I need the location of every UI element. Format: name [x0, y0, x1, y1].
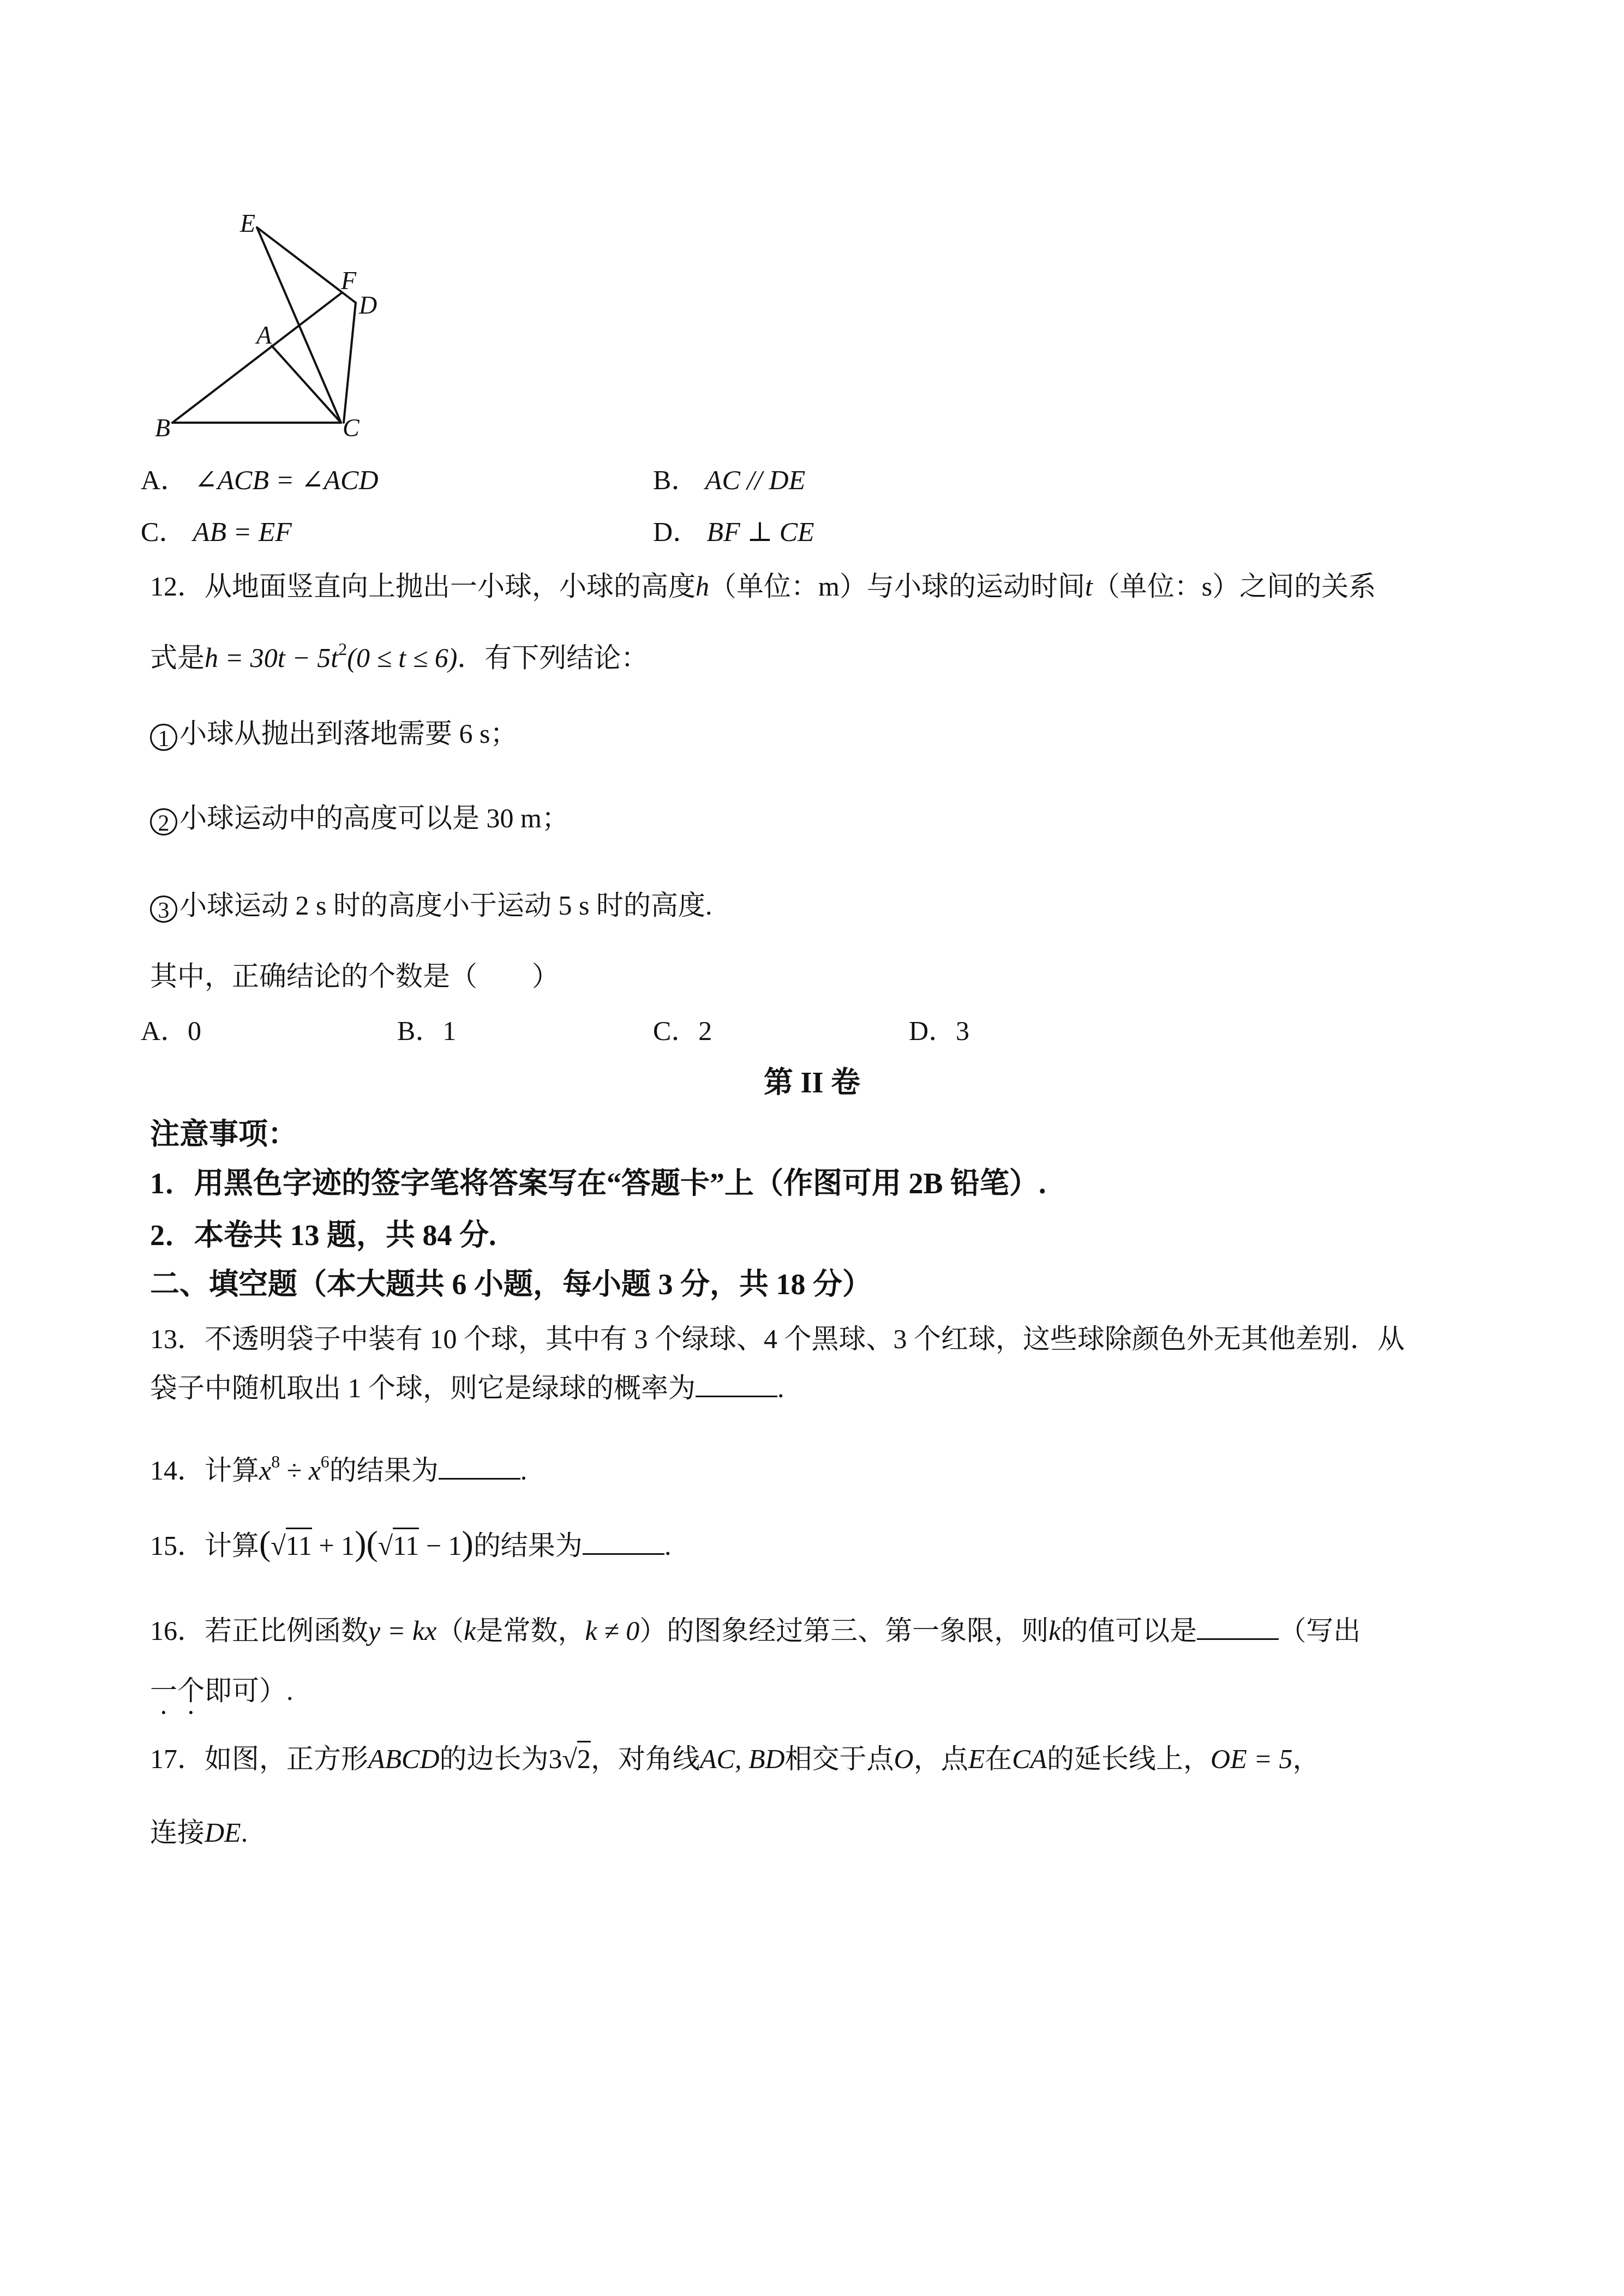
q12-statement-2: 2小球运动中的高度可以是 30 m；	[150, 801, 569, 836]
label-d: D	[358, 291, 377, 319]
point-o: O	[894, 1744, 914, 1774]
label-e: E	[239, 209, 255, 237]
segment-ac	[272, 346, 341, 423]
paren-open: (	[259, 1524, 271, 1562]
sqrt-symbol: √	[271, 1530, 285, 1561]
text: 相交于点	[785, 1744, 894, 1774]
point-e: E	[968, 1744, 985, 1774]
domain: (0 ≤ t ≤ 6)	[347, 642, 457, 673]
statement-text: 小球从抛出到落地需要 6 s；	[179, 718, 517, 749]
q13-line2: 袋子中随机取出 1 个球，则它是绿球的概率为.	[150, 1371, 784, 1405]
part2-title: 第 II 卷	[0, 1065, 1624, 1100]
text: 的边长为	[440, 1744, 549, 1774]
text: （单位：m）与小球的运动时间	[709, 571, 1085, 602]
option-label: C．	[653, 1015, 698, 1046]
option-label: C．	[141, 516, 186, 547]
label-c: C	[343, 414, 360, 442]
text: 连接	[150, 1817, 205, 1848]
text: .	[241, 1817, 248, 1848]
text: （单位：s）之间的关系	[1093, 571, 1376, 602]
label-f: F	[340, 267, 357, 294]
text: ．有下列结论：	[457, 642, 648, 673]
text: 袋子中随机取出 1 个球，则它是绿球的概率为	[150, 1373, 696, 1403]
diagonals: AC, BD	[700, 1744, 785, 1774]
q12-option-c[interactable]: C．2	[653, 1013, 712, 1048]
emphasized-text: 一个	[150, 1675, 205, 1706]
segment-ca: CA	[1012, 1744, 1047, 1774]
q11-option-c[interactable]: C． AB = EF	[141, 514, 292, 549]
notice-item-2: 2．本卷共 13 题，共 84 分.	[150, 1218, 496, 1253]
q12-line2: 式是h = 30t − 5t2(0 ≤ t ≤ 6)．有下列结论：	[150, 632, 648, 675]
radicand: 11	[393, 1528, 419, 1561]
option-value: 1	[442, 1015, 456, 1046]
q16-line1: 16．若正比例函数y = kx（k是常数，k ≠ 0）的图象经过第三、第一象限，…	[150, 1613, 1361, 1648]
triangle-diagram: E F D A B C	[136, 191, 398, 447]
text: .	[777, 1373, 784, 1403]
var-x: x	[309, 1455, 321, 1486]
text: 14．计算	[150, 1455, 259, 1486]
circled-number-icon: 3	[150, 895, 177, 923]
question-number: 12．	[150, 571, 205, 602]
text: 的值可以是	[1060, 1615, 1197, 1646]
segment-bf	[172, 293, 341, 423]
text: 15．计算	[150, 1530, 259, 1561]
answer-blank[interactable]	[439, 1456, 520, 1480]
exponent: 8	[271, 1452, 280, 1471]
notice-heading: 注意事项：	[150, 1117, 297, 1152]
q12-option-d[interactable]: D．3	[909, 1013, 969, 1048]
option-label: B．	[653, 465, 698, 495]
answer-blank[interactable]	[1197, 1616, 1279, 1640]
text: .	[664, 1530, 672, 1561]
oe-length: OE = 5	[1210, 1744, 1292, 1774]
q12-question: 其中，正确结论的个数是（ ）	[150, 959, 559, 994]
condition: k ≠ 0	[585, 1615, 640, 1646]
exponent: 6	[321, 1452, 329, 1471]
operator: ÷	[280, 1455, 308, 1486]
option-label: A．	[141, 465, 188, 495]
q15: 15．计算(√11 + 1)(√11 − 1)的结果为.	[150, 1526, 671, 1563]
q12-statement-1: 1小球从抛出到落地需要 6 s；	[150, 716, 517, 751]
paren-close: )	[462, 1524, 474, 1562]
answer-blank[interactable]	[696, 1374, 777, 1397]
geometry-figure: E F D A B C	[136, 191, 398, 450]
text: ，	[1293, 1744, 1320, 1774]
text: 17．如图，正方形	[150, 1744, 368, 1774]
text: （	[436, 1615, 464, 1646]
statement-text: 小球运动中的高度可以是 30 m；	[179, 803, 569, 833]
var-k: k	[1048, 1615, 1060, 1646]
q12-option-b[interactable]: B．1	[397, 1013, 456, 1048]
option-value: 3	[956, 1015, 969, 1046]
q12-line1: 12．从地面竖直向上抛出一小球，小球的高度h（单位：m）与小球的运动时间t（单位…	[150, 569, 1376, 604]
option-text: AB = EF	[193, 516, 292, 547]
coefficient: 3	[549, 1744, 562, 1774]
text: .	[520, 1455, 528, 1486]
option-text: ∠ACB = ∠ACD	[195, 465, 379, 495]
q11-option-b[interactable]: B． AC // DE	[653, 462, 805, 497]
segment-dc	[344, 303, 356, 423]
statement-text: 小球运动 2 s 时的高度小于运动 5 s 时的高度.	[179, 890, 712, 921]
option-label: D．	[653, 516, 700, 547]
section-heading-fill-blank: 二、填空题（本大题共 6 小题，每小题 3 分，共 18 分）	[150, 1267, 872, 1302]
text: 在	[985, 1744, 1012, 1774]
var-h: h	[696, 571, 709, 602]
text: 的结果为	[474, 1530, 583, 1561]
text: − 1	[419, 1530, 462, 1561]
text: 是常数，	[476, 1615, 585, 1646]
circled-number-icon: 2	[150, 808, 177, 836]
q17-line2: 连接DE.	[150, 1815, 248, 1850]
text: ，对角线	[591, 1744, 700, 1774]
q13-line1: 13．不透明袋子中装有 10 个球，其中有 3 个绿球、4 个黑球、3 个红球，…	[150, 1321, 1405, 1356]
sqrt-symbol: √	[378, 1530, 393, 1561]
label-a: A	[255, 321, 272, 349]
text: ，点	[914, 1744, 968, 1774]
q17-line1: 17．如图，正方形ABCD的边长为3√2，对角线AC, BD相交于点O，点E在C…	[150, 1741, 1320, 1776]
option-label: B．	[397, 1015, 442, 1046]
function: y = kx	[368, 1615, 436, 1646]
text: 16．若正比例函数	[150, 1615, 368, 1646]
var-x: x	[259, 1455, 271, 1486]
radicand: 2	[577, 1741, 591, 1774]
text: + 1	[312, 1530, 355, 1561]
option-text: BF ⊥ CE	[707, 516, 814, 547]
q11-option-d[interactable]: D． BF ⊥ CE	[653, 514, 814, 549]
segment-de: DE	[205, 1817, 241, 1848]
text: 式是	[150, 642, 205, 673]
option-value: 0	[188, 1015, 201, 1046]
circled-number-icon: 1	[150, 724, 177, 751]
formula: h = 30t − 5t	[205, 642, 338, 673]
text: 从地面竖直向上抛出一小球，小球的高度	[205, 571, 696, 602]
option-label: A．	[141, 1015, 188, 1046]
answer-blank[interactable]	[583, 1531, 664, 1555]
text: （写出	[1279, 1615, 1361, 1646]
option-label: D．	[909, 1015, 956, 1046]
q11-option-a[interactable]: A． ∠ACB = ∠ACD	[141, 462, 379, 497]
text: 的延长线上，	[1047, 1744, 1210, 1774]
square-name: ABCD	[368, 1744, 440, 1774]
radicand: 11	[286, 1528, 312, 1561]
text: ）的图象经过第三、第一象限，则	[639, 1615, 1048, 1646]
exponent: 2	[338, 639, 347, 659]
var-k: k	[464, 1615, 476, 1646]
text: 即可）.	[205, 1675, 293, 1706]
label-b: B	[155, 414, 170, 442]
sqrt-symbol: √	[562, 1744, 577, 1774]
paren-close: )	[355, 1524, 366, 1562]
q14: 14．计算x8 ÷ x6的结果为.	[150, 1444, 527, 1488]
q12-statement-3: 3小球运动 2 s 时的高度小于运动 5 s 时的高度.	[150, 888, 712, 923]
notice-item-1: 1．用黑色字迹的签字笔将答案写在“答题卡”上（作图可用 2B 铅笔）.	[150, 1166, 1046, 1201]
text: 的结果为	[329, 1455, 439, 1486]
q16-line2: 一个即可）.	[150, 1673, 293, 1721]
var-t: t	[1085, 571, 1093, 602]
paren-open: (	[366, 1524, 377, 1562]
option-value: 2	[698, 1015, 712, 1046]
option-text: AC // DE	[705, 465, 805, 495]
q12-option-a[interactable]: A．0	[141, 1013, 201, 1048]
